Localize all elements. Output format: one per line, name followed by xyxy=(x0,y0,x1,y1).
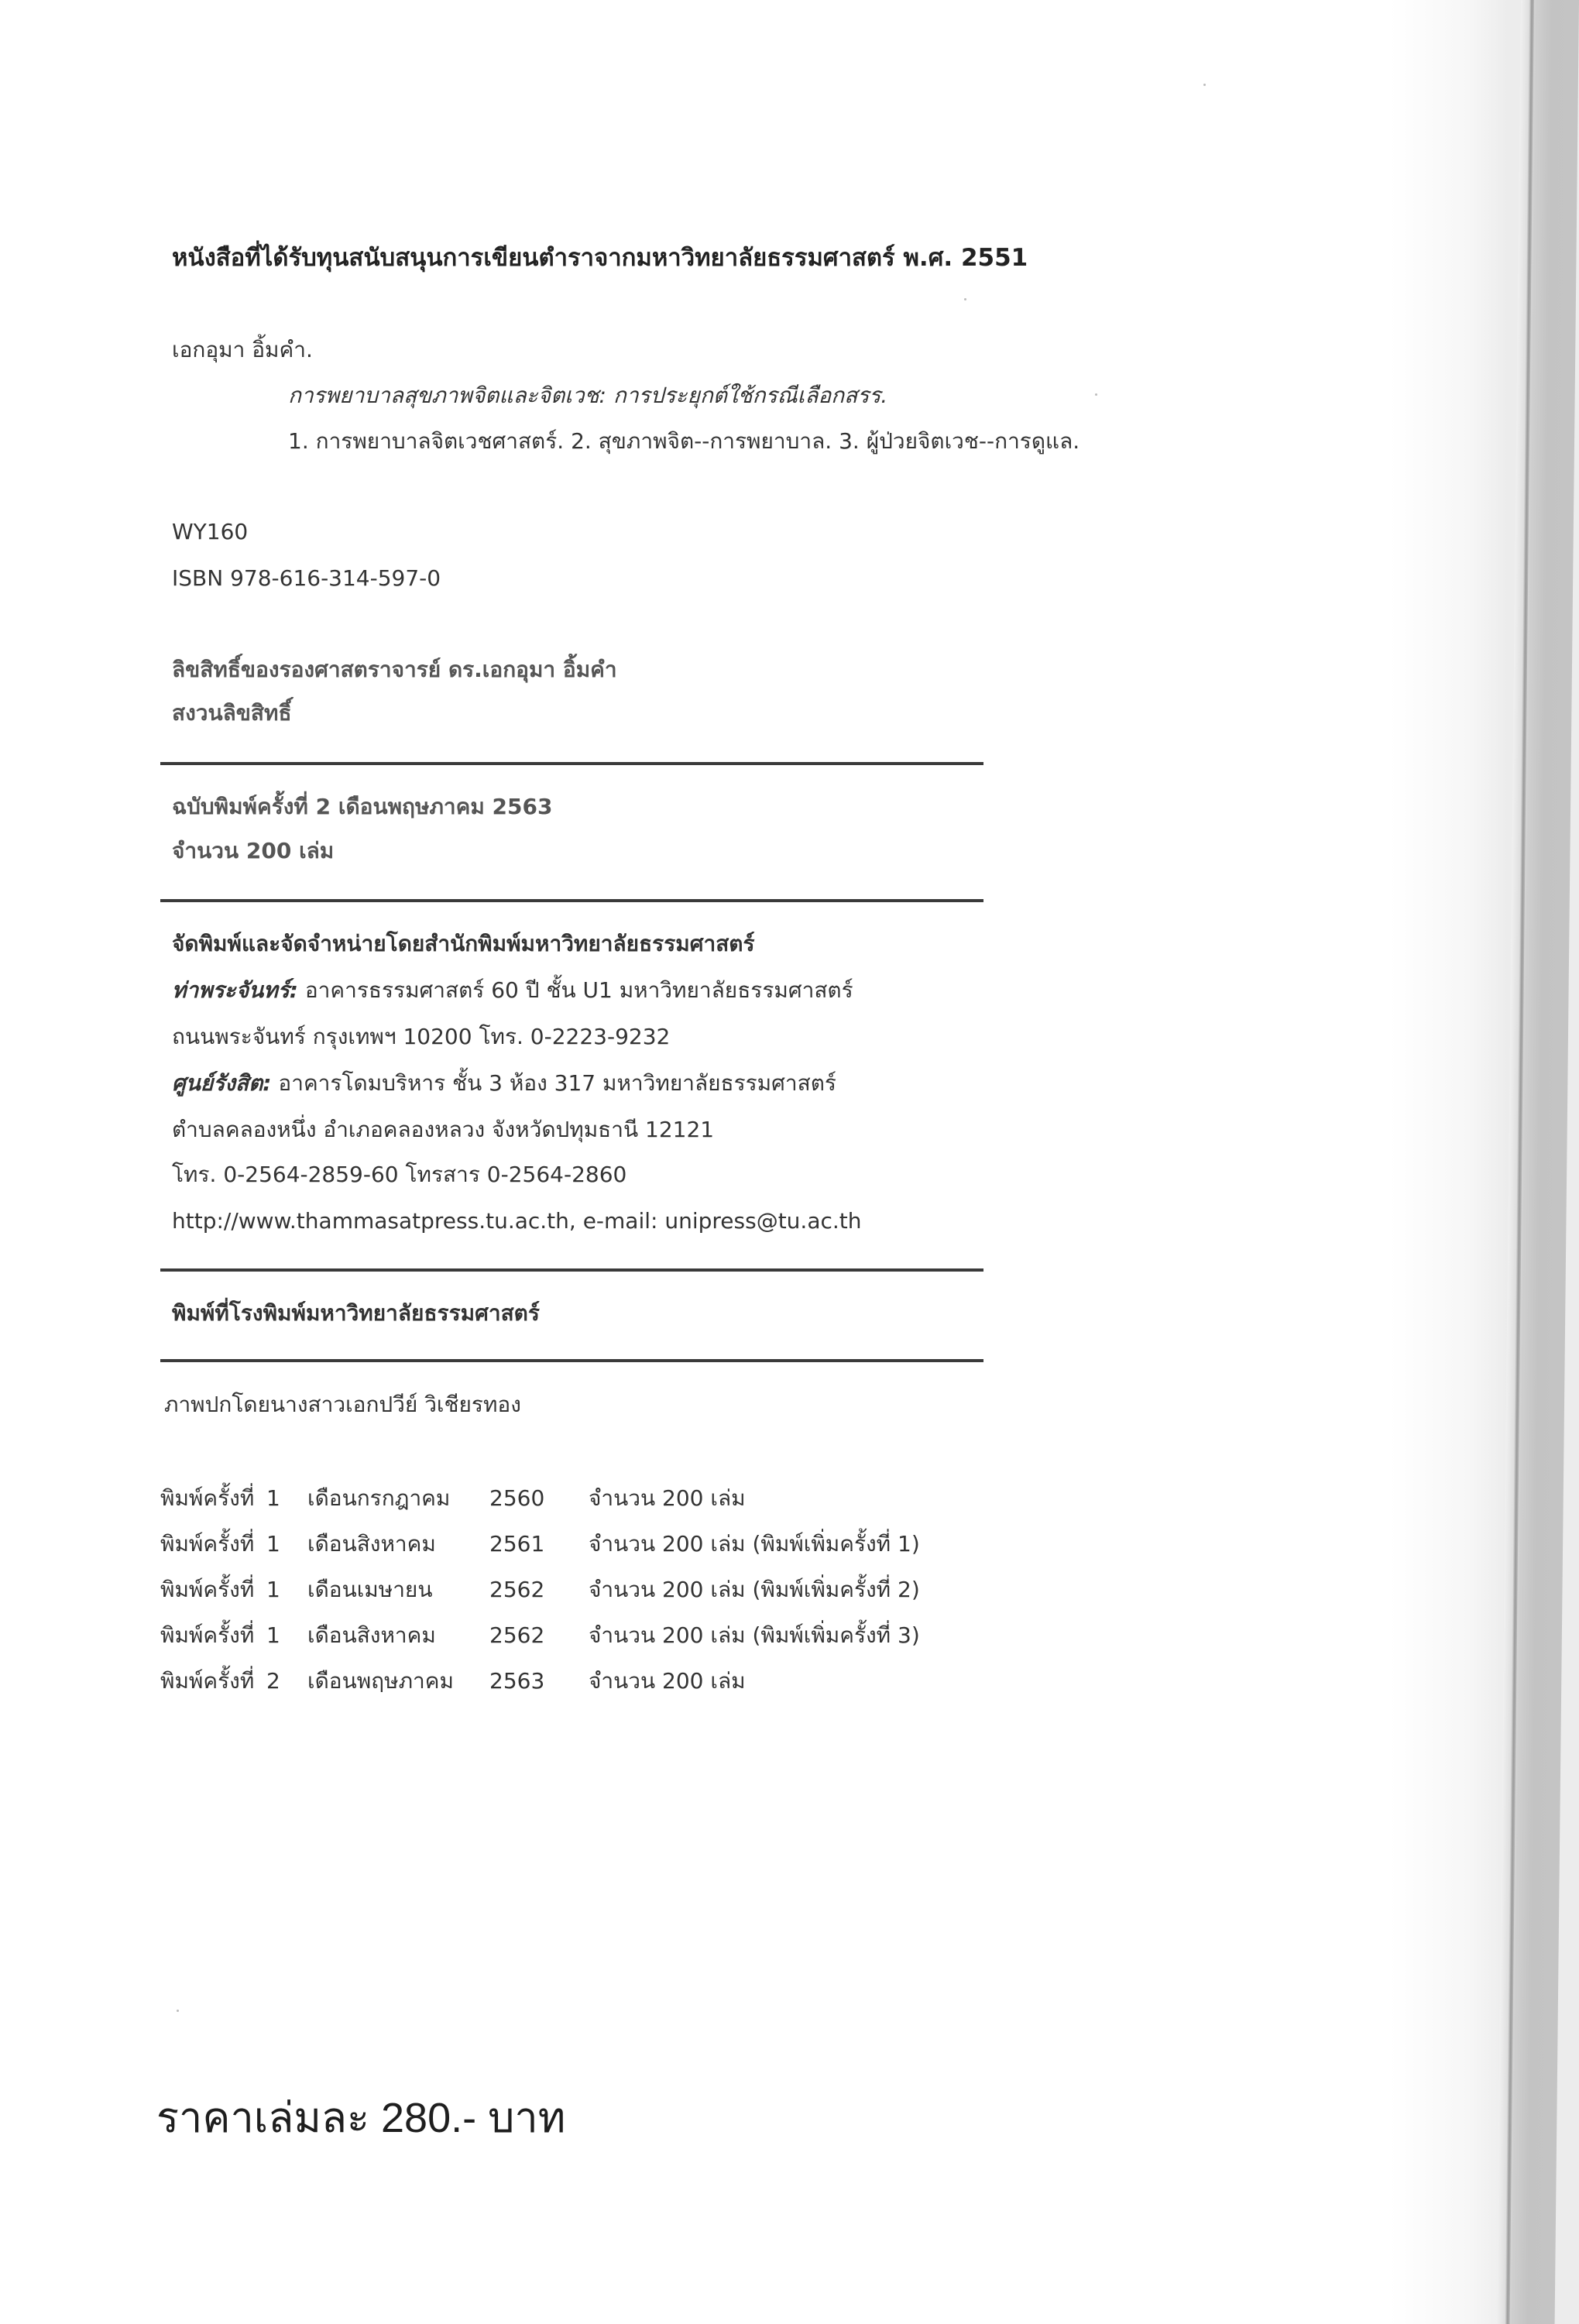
printer: พิมพ์ที่โรงพิมพ์มหาวิทยาลัยธรรมศาสตร์ xyxy=(172,1303,540,1324)
copyright-owner: ลิขสิทธิ์ของรองศาสตราจารย์ ดร.เอกอุมา อิ… xyxy=(172,659,617,681)
divider xyxy=(160,1268,983,1272)
scan-speck xyxy=(177,2010,179,2012)
scan-speck xyxy=(964,298,966,300)
scan-speck xyxy=(1095,393,1097,396)
tha-prachan-street: ถนนพระจันทร์ กรุงเทพฯ 10200 โทร. 0-2223-… xyxy=(172,1026,670,1048)
catalog-author: เอกอุมา อิ้มคำ. xyxy=(172,339,313,361)
rangsit-address: อาคารโดมบริหาร ชั้น 3 ห้อง 317 มหาวิทยาล… xyxy=(272,1070,836,1096)
isbn: ISBN 978-616-314-597-0 xyxy=(172,568,441,589)
tha-prachan-label: ท่าพระจันทร์: xyxy=(172,977,298,1003)
catalog-subjects: 1. การพยาบาลจิตเวชศาสตร์. 2. สุขภาพจิต--… xyxy=(288,431,1080,452)
publisher-heading: จัดพิมพ์และจัดจำหน่ายโดยสำนักพิมพ์มหาวิท… xyxy=(172,933,755,955)
catalog-title: การพยาบาลสุขภาพจิตและจิตเวช: การประยุกต์… xyxy=(288,385,887,407)
tha-prachan-address: อาคารธรรมศาสตร์ 60 ปี ชั้น U1 มหาวิทยาลั… xyxy=(298,977,853,1003)
divider xyxy=(160,1359,983,1362)
rangsit-line: ศูนย์รังสิต: อาคารโดมบริหาร ชั้น 3 ห้อง … xyxy=(172,1073,836,1094)
web-email: http://www.thammasatpress.tu.ac.th, e-ma… xyxy=(172,1210,862,1232)
phone-fax: โทร. 0-2564-2859-60 โทรสาร 0-2564-2860 xyxy=(172,1164,626,1186)
tha-prachan-line: ท่าพระจันทร์: อาคารธรรมศาสตร์ 60 ปี ชั้น… xyxy=(172,980,853,1001)
call-number: WY160 xyxy=(172,521,248,543)
edition-copies: จำนวน 200 เล่ม xyxy=(172,840,334,862)
scan-speck xyxy=(1203,84,1206,86)
divider xyxy=(160,762,983,765)
price: ราคาเล่มละ 280.- บาท xyxy=(156,2097,565,2139)
book-page: หนังสือที่ได้รับทุนสนับสนุนการเขียนตำราจ… xyxy=(0,0,1579,2324)
copyright-reserved: สงวนลิขสิทธิ์ xyxy=(172,702,292,724)
divider xyxy=(160,899,983,902)
rangsit-label: ศูนย์รังสิต: xyxy=(172,1070,272,1096)
funding-note: หนังสือที่ได้รับทุนสนับสนุนการเขียนตำราจ… xyxy=(172,246,1028,270)
edition-line: ฉบับพิมพ์ครั้งที่ 2 เดือนพฤษภาคม 2563 xyxy=(172,796,553,818)
cover-credit: ภาพปกโดยนางสาวเอกปวีย์ วิเชียรทอง xyxy=(164,1394,521,1416)
rangsit-district: ตำบลคลองหนึ่ง อำเภอคลองหลวง จังหวัดปทุมธ… xyxy=(172,1119,714,1141)
